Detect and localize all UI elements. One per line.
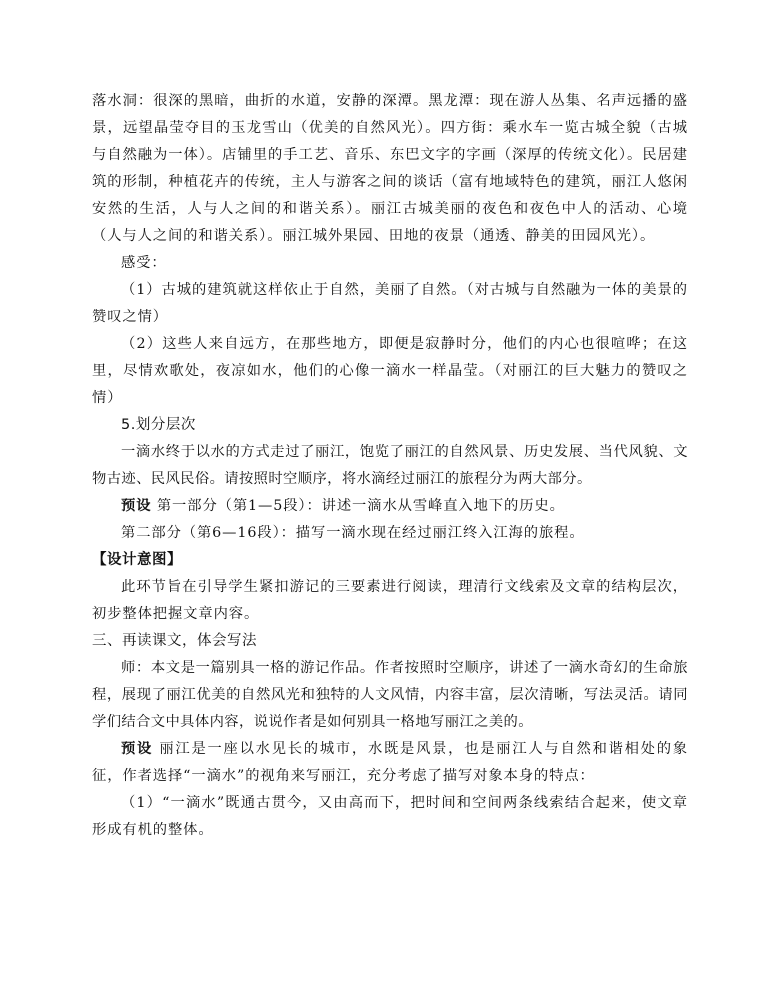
point-1: （1）“一滴水”既通古贯今，又由高而下，把时间和空间两条线索结合起来，使文章形成… [92,790,688,844]
document-page: 落水洞：很深的黑暗，曲折的水道，安静的深潭。黑龙潭：现在游人丛集、名声远播的盛景… [92,88,688,844]
teacher-paragraph: 师：本文是一篇别具一格的游记作品。作者按照时空顺序，讲述了一滴水奇幻的生命旅程，… [92,655,688,736]
section-5-body: 一滴水终于以水的方式走过了丽江，饱览了丽江的自然风景、历史发展、当代风貌、文物古… [92,439,688,493]
section-5-title: 5.划分层次 [92,412,688,439]
section-3-heading: 三、再读课文，体会写法 [92,628,688,655]
feeling-label: 感受： [92,250,688,277]
preset-paragraph: 预设 丽江是一座以水见长的城市，水既是风景，也是丽江人与自然和谐相处的象征，作者… [92,736,688,790]
paragraph-scenes: 落水洞：很深的黑暗，曲折的水道，安静的深潭。黑龙潭：现在游人丛集、名声远播的盛景… [92,88,688,250]
part-1: 预设 第一部分（第1—5段）：讲述一滴水从雪峰直入地下的历史。 [92,493,688,520]
part-2: 第二部分（第6—16段）：描写一滴水现在经过丽江终入江海的旅程。 [92,520,688,547]
design-intent-heading: 【设计意图】 [92,547,688,574]
part-1-text: 第一部分（第1—5段）：讲述一滴水从雪峰直入地下的历史。 [151,498,564,514]
preset-text: 丽江是一座以水见长的城市，水既是风景，也是丽江人与自然和谐相处的象征，作者选择“… [92,741,688,784]
preset-label: 预设 [121,741,153,757]
feeling-item-1: （1）古城的建筑就这样依止于自然，美丽了自然。（对古城与自然融为一体的美景的赞叹… [92,277,688,331]
design-intent-body: 此环节旨在引导学生紧扣游记的三要素进行阅读，理清行文线索及文章的结构层次，初步整… [92,574,688,628]
preset-label: 预设 [121,498,151,514]
feeling-item-2: （2）这些人来自远方，在那些地方，即便是寂静时分，他们的内心也很喧哗；在这里，尽… [92,331,688,412]
